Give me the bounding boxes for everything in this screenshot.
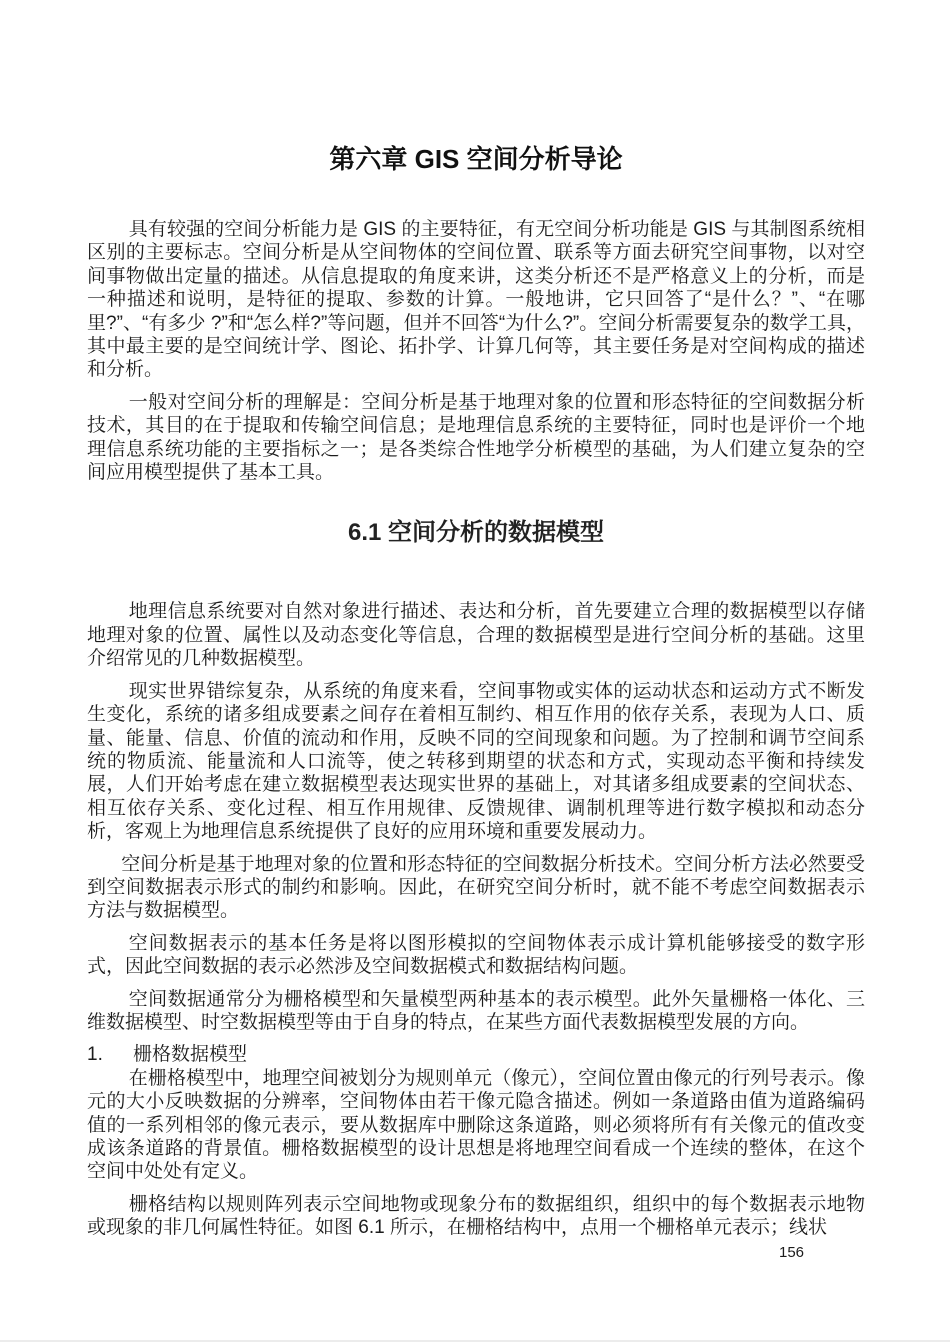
intro-paragraph-1: 具有较强的空间分析能力是 GIS 的主要特征，有无空间分析功能是 GIS 与其制… [87,218,865,382]
section-paragraph-2: 现实世界错综复杂，从系统的角度来看，空间事物或实体的运动状态和运动方式不断发生变… [87,680,865,844]
chapter-title: 第六章 GIS 空间分析导论 [87,142,865,176]
bottom-rule [0,1340,950,1342]
page-content: 第六章 GIS 空间分析导论 具有较强的空间分析能力是 GIS 的主要特征，有无… [87,0,865,1249]
section-heading: 6.1 空间分析的数据模型 [87,518,865,548]
section-paragraph-1: 地理信息系统要对自然对象进行描述、表达和分析，首先要建立合理的数据模型以存储地理… [87,600,865,670]
page-number: 156 [779,1244,804,1262]
section-paragraph-3: 空间分析是基于地理对象的位置和形态特征的空间数据分析技术。空间分析方法必然要受到… [87,853,865,923]
section-paragraph-4: 空间数据表示的基本任务是将以图形模拟的空间物体表示成计算机能够接受的数字形式，因… [87,932,865,979]
raster-paragraph-1: 在栅格模型中，地理空间被划分为规则单元（像元），空间位置由像元的行列号表示。像元… [87,1067,865,1184]
intro-paragraph-2: 一般对空间分析的理解是：空间分析是基于地理对象的位置和形态特征的空间数据分析技术… [87,391,865,485]
numbered-item: 1.栅格数据模型 [87,1043,865,1066]
raster-paragraph-2: 栅格结构以规则阵列表示空间地物或现象分布的数据组织，组织中的每个数据表示地物或现… [87,1193,865,1240]
document-page: 第六章 GIS 空间分析导论 具有较强的空间分析能力是 GIS 的主要特征，有无… [0,0,950,1344]
numbered-item-number: 1. [87,1043,133,1066]
section-paragraph-5: 空间数据通常分为栅格模型和矢量模型两种基本的表示模型。此外矢量栅格一体化、三维数… [87,988,865,1035]
numbered-item-label: 栅格数据模型 [133,1044,247,1065]
